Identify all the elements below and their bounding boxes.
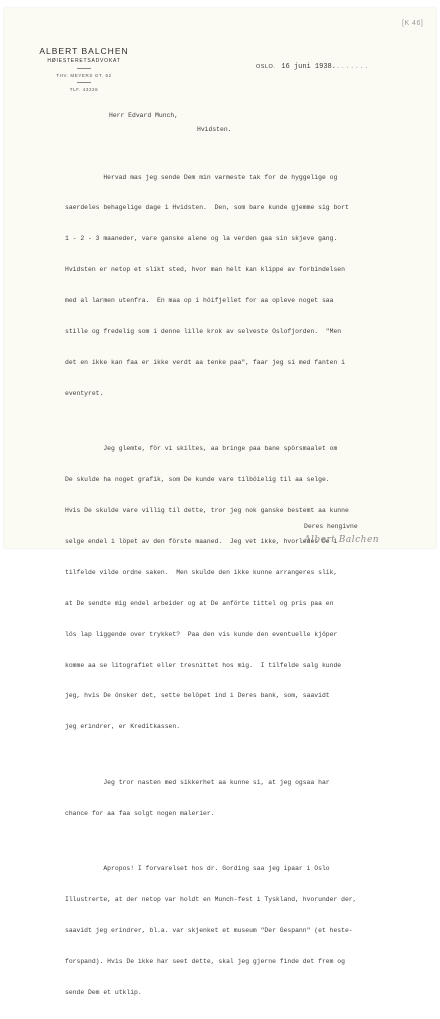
- archive-mark: [K 46]: [402, 20, 423, 27]
- body-line: eventyret.: [65, 389, 356, 399]
- letterhead-divider: [77, 68, 91, 69]
- letterhead-title: Høiesteretsadvokat: [24, 58, 144, 64]
- body-line: det en ikke kan faa er ikke verdt aa ten…: [65, 358, 356, 368]
- body-line: saerdeles behagelige dage i Hvidsten. De…: [65, 203, 356, 213]
- dateline: OSLO.16 juni 1938........: [256, 63, 369, 71]
- body-line: Jeg glemte, för vi skiltes, aa bringe pa…: [65, 444, 356, 454]
- letter-body: Hervad mas jeg sende Dem min varmeste ta…: [65, 152, 356, 555]
- dateline-place: OSLO.: [256, 64, 275, 70]
- signature: Albert Balchen: [304, 535, 379, 545]
- body-line: Hvidsten er netop et slikt sted, hvor ma…: [65, 265, 356, 275]
- letterhead: Albert Balchen Høiesteretsadvokat Thv. M…: [24, 46, 144, 92]
- body-line: stille og fredelig som i denne lille kro…: [65, 327, 356, 337]
- dateline-date: 16 juni 1938.: [281, 63, 336, 71]
- paragraph-gap: [65, 420, 356, 424]
- body-line: Hervad mas jeg sende Dem min varmeste ta…: [65, 173, 356, 183]
- recipient-place: Hvidsten.: [197, 125, 232, 135]
- body-line: Hvis De skulde vare villig til dette, tr…: [65, 506, 356, 516]
- letter-page: [K 46] Albert Balchen Høiesteretsadvokat…: [4, 8, 436, 548]
- letterhead-name: Albert Balchen: [24, 46, 144, 56]
- dateline-dots: .......: [336, 63, 369, 71]
- closing: Deres hengivne: [304, 522, 358, 532]
- letterhead-divider: [77, 82, 91, 83]
- letterhead-address: Thv. Meyers gt. 62: [24, 73, 144, 78]
- body-line: De skulde ha noget grafik, som De kunde …: [65, 475, 356, 485]
- body-line: med al larmen utenfra. En maa op i höifj…: [65, 296, 356, 306]
- recipient-name: Herr Edvard Munch,: [109, 111, 178, 121]
- letterhead-phone: Tlf. 43226: [24, 87, 144, 92]
- body-line: 1 - 2 - 3 maaneder, vare ganske alene og…: [65, 234, 356, 244]
